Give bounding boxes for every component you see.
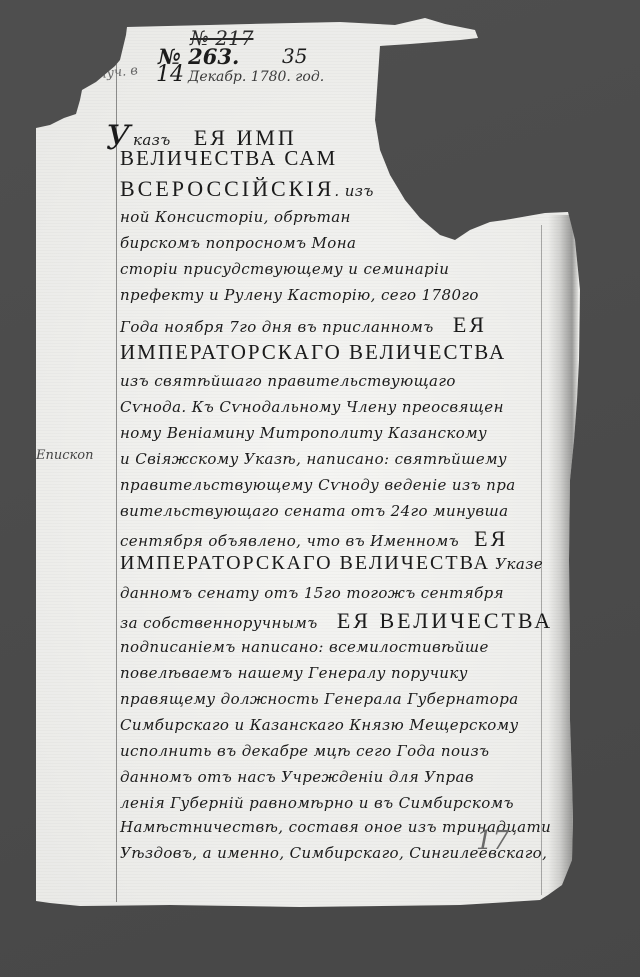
manuscript-line: правящему должность Генерала Губернатора [120,690,519,708]
manuscript-line: и Свіяжскому Указѣ, написано: святѣйшему [120,450,507,468]
manuscript-line: данномъ отъ насъ Учрежденіи для Управ [120,768,474,786]
received-date: 14Декабр. 1780. год. [156,62,324,87]
folio-mark: 17 [476,826,509,856]
manuscript-line: сентября объявлено, что въ Именномъ ЕЯ [120,526,508,552]
manuscript-line: бирскомъ попросномъ Мона [120,234,356,252]
manuscript-line: Симбирскаго и Казанскаго Князю Мещерском… [120,716,519,734]
manuscript-line: вительствующаго сената отъ 24го минувша [120,502,509,520]
manuscript-line: ленія Губерній равномѣрно и въ Симбирско… [120,794,514,812]
manuscript-line: сторіи присудствующему и семинаріи [120,260,449,278]
manuscript-line: подписаніемъ написано: всемилостивѣйше [120,638,489,656]
manuscript-line: исполнить въ декабре мцѣ сего Года поизъ [120,742,489,760]
date-month-year: Декабр. 1780. год. [188,69,324,85]
margin-note-side: Епископ [36,448,93,463]
manuscript-line: правительствующему Сѵноду веденіе изъ пр… [120,476,516,494]
manuscript-line: ному Веніамину Митрополиту Казанскому [120,424,487,442]
manuscript-line: за собственноручнымъ ЕЯ ВЕЛИЧЕСТВА [120,608,553,634]
manuscript-line: префекту и Рулену Касторію, сего 1780го [120,286,479,304]
date-day: 14 [156,62,184,87]
manuscript-line: изъ святѣйшаго правительствующаго [120,372,456,390]
manuscript-line: Года ноября 7го дня въ присланномъ ЕЯ [120,312,487,338]
manuscript-line: ВСЕРОССІЙСКІЯ. изъ [120,176,374,202]
manuscript-line: Сѵнода. Къ Сѵнодальному Члену преосвящен [120,398,504,416]
manuscript-line: повелѣваемъ нашему Генералу поручику [120,664,468,682]
manuscript-line: ИМПЕРАТОРСКАГО ВЕЛИЧЕСТВА Указе [120,552,543,575]
left-margin-rule [116,60,117,902]
manuscript-line: ной Консисторіи, обрѣтан [120,208,351,226]
manuscript-line: ИМПЕРАТОРСКАГО ВЕЛИЧЕСТВА [120,340,506,365]
manuscript-line: ВЕЛИЧЕСТВА САМ [120,146,337,171]
manuscript-line: данномъ сенату отъ 15го тогожъ сентября [120,584,504,602]
